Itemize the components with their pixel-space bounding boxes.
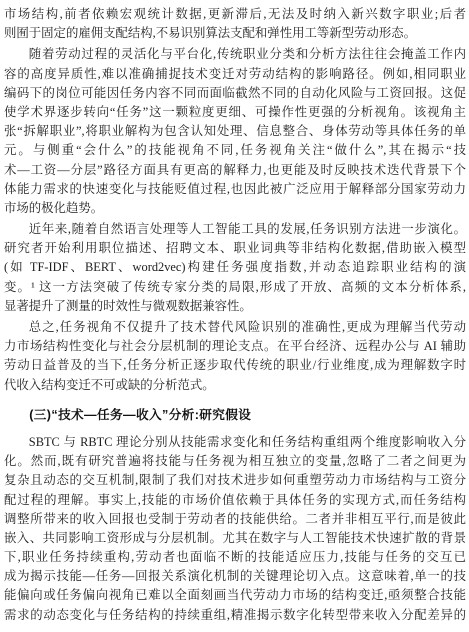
document-page: { "page": { "background": "#ffffff", "te…	[0, 0, 469, 632]
paragraph: 市场结构,前者依赖宏观统计数据,更新滞后,无法及时纳入新兴数字职业;后者则囿于固…	[4, 5, 466, 43]
paragraph: 总之,任务视角不仅提升了技术替代风险识别的准确性,更成为理解当代劳动力市场结构性…	[4, 318, 466, 395]
text-line: 近年来,随着自然语言处理等人工智能工具的发展,任务识别方法进一步演化。	[4, 220, 466, 239]
section-heading: (三)“技术—任务—收入”分析:研究假设	[4, 406, 466, 425]
text-line: 力市场结构性变化与社会分层机制的理论支点。在平台经济、远程办公与 AI 辅助	[4, 337, 466, 356]
text-line: 化。然而,既有研究普遍将技能与任务视为相互独立的变量,忽略了二者之间更为	[4, 452, 466, 471]
text-line: 劳动日益普及的当下,任务分析正逐步取代传统的职业/行业维度,成为理解数字时	[4, 356, 466, 375]
text-line: 需求的动态变化与任务结构的持续重组,精准揭示数字化转型带来收入分配差异的	[4, 606, 466, 625]
text-line: 配过程的理解。事实上,技能的市场价值依赖于具体任务的实现方式,而任务结构	[4, 491, 466, 510]
text-line: 容的高度异质性,难以准确捕捉技术变迁对劳动结构的影响路径。例如,相同职业	[4, 65, 466, 84]
text-line: 代收入结构变迁不可或缺的分析范式。	[4, 376, 466, 395]
text-line: 调整所带来的收入回报也受制于劳动者的技能供给。二者并非相互平行,而是彼此	[4, 510, 466, 529]
text-line: 编码下的岗位可能因任务内容不同而面临截然不同的自动化风险与工资回报。这促	[4, 84, 466, 103]
text-line: 则囿于固定的雇佣支配结构,不易识别算法支配和弹性用工等新型劳动形态。	[4, 24, 466, 43]
text-line: 使学术界逐步转向“任务”这一颗粒度更细、可操作性更强的分析视角。该视角主	[4, 103, 466, 122]
document-body: 市场结构,前者依赖宏观统计数据,更新滞后,无法及时纳入新兴数字职业;后者则囿于固…	[0, 0, 469, 632]
text-line: 变。¹ 这一方法突破了传统专家分类的局限,形成了开放、高频的文本分析体系,	[4, 278, 466, 297]
text-line: 复杂且动态的交互机制,限制了我们对技术进步如何重塑劳动力市场结构与工资分	[4, 471, 466, 490]
text-line: 元。与侧重“会什么”的技能视角不同,任务视角关注“做什么”,其在揭示“技	[4, 141, 466, 160]
text-line: 能偏向或任务偏向视角已难以全面刻画当代劳动力市场的结构变迁,亟须整合技能	[4, 586, 466, 605]
paragraph: 随着劳动过程的灵活化与平台化,传统职业分类和分析方法往往会掩盖工作内容的高度异质…	[4, 45, 466, 218]
text-line: 术—工资—分层”路径方面具有更高的解释力,也更能及时反映技术迭代背景下个	[4, 161, 466, 180]
text-line: 总之,任务视角不仅提升了技术替代风险识别的准确性,更成为理解当代劳动	[4, 318, 466, 337]
text-line: 市场结构,前者依赖宏观统计数据,更新滞后,无法及时纳入新兴数字职业;后者	[4, 5, 466, 24]
paragraph: 近年来,随着自然语言处理等人工智能工具的发展,任务识别方法进一步演化。研究者开始…	[4, 220, 466, 316]
text-line: 显著提升了测量的时效性与微观数据兼容性。	[4, 297, 466, 316]
text-line: 成为揭示技能—任务—回报关系演化机制的关键理论切入点。这意味着,单一的技	[4, 567, 466, 586]
text-line: 张“拆解职业”,将职业解构为包含认知处理、信息整合、身体劳动等具体任务的单	[4, 122, 466, 141]
text-line: SBTC 与 RBTC 理论分别从技能需求变化和任务结构重组两个维度影响收入分	[4, 433, 466, 452]
text-line: (如 TF-IDF、BERT、word2vec)构建任务强度指数,并动态追踪职业…	[4, 258, 466, 277]
text-line: 嵌入、共同影响工资形成与分层机制。尤其在数字与人工智能技术快速扩散的背景	[4, 529, 466, 548]
text-line: 市场的极化趋势。	[4, 199, 466, 218]
paragraph: SBTC 与 RBTC 理论分别从技能需求变化和任务结构重组两个维度影响收入分化…	[4, 433, 466, 625]
text-line: 下,职业任务持续重构,劳动者也面临不断的技能适应压力,技能与任务的交互已	[4, 548, 466, 567]
text-line: 体能力需求的快速变化与技能贬值过程,也因此被广泛应用于解释部分国家劳动力	[4, 180, 466, 199]
text-line: 研究者开始利用职位描述、招聘文本、职业词典等非结构化数据,借助嵌入模型	[4, 239, 466, 258]
text-line: 随着劳动过程的灵活化与平台化,传统职业分类和分析方法往往会掩盖工作内	[4, 45, 466, 64]
